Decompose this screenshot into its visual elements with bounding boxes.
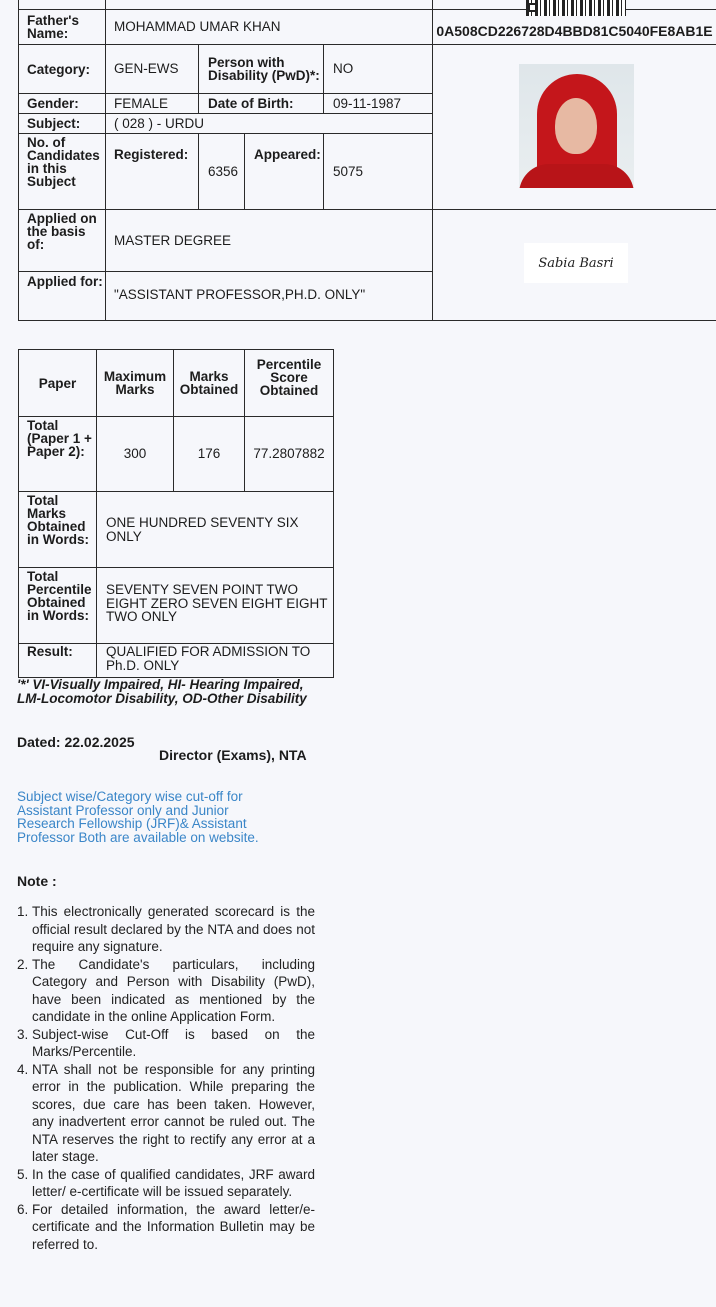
basis-value: MASTER DEGREE (114, 210, 432, 271)
gender-value: FEMALE (114, 94, 198, 113)
note-item: The Candidate's particulars, including C… (32, 956, 315, 1026)
candidate-details-table: Father's Name: MOHAMMAD UMAR KHAN Catego… (0, 0, 716, 330)
category-label: Category: (27, 45, 105, 93)
applied-for-label: Applied for: (27, 275, 105, 305)
candidate-photo-icon (519, 64, 634, 188)
basis-label: Applied on the basis of: (27, 212, 105, 252)
result-value: QUALIFIED FOR ADMISSION TO Ph.D. ONLY (106, 645, 328, 675)
director-signature: Director (Exams), NTA (159, 747, 307, 763)
applied-for-value: "ASSISTANT PROFESSOR,PH.D. ONLY" (114, 272, 432, 318)
pwd-value: NO (333, 45, 432, 93)
dated: Dated: 22.02.2025 (17, 734, 135, 750)
subject-label: Subject: (27, 114, 105, 133)
marks-words-label: Total Marks Obtained in Words: (27, 494, 97, 564)
pwd-label: Person with Disability (PwD)*: (208, 45, 320, 93)
hash-code: 0A508CD226728D4BBD81C5040FE8AB1E (433, 17, 716, 44)
percentile-words-value: SEVENTY SEVEN POINT TWO EIGHT ZERO SEVEN… (106, 583, 328, 628)
header-paper: Paper (19, 350, 96, 416)
dob-label: Date of Birth: (208, 94, 320, 113)
note-item: This electronically generated scorecard … (32, 903, 315, 956)
fathers-name-value: MOHAMMAD UMAR KHAN (114, 10, 432, 44)
category-value: GEN-EWS (114, 45, 198, 93)
fathers-name-label: Father's Name: (27, 10, 105, 44)
total-label: Total (Paper 1 + Paper 2): (27, 419, 97, 489)
registered-value: 6356 (208, 134, 244, 209)
header-percentile: Percentile Score Obtained (245, 350, 333, 404)
signature-image: Sabia Basri (524, 243, 628, 283)
registered-label: Registered: (114, 148, 198, 178)
appeared-label: Appeared: (254, 148, 323, 178)
cutoff-info-link[interactable]: Subject wise/Category wise cut-off for A… (17, 790, 277, 844)
note-item: For detailed information, the award lett… (32, 1201, 315, 1254)
percentile-words-label: Total Percentile Obtained in Words: (27, 570, 97, 640)
candidates-count-label: No. of Candidates in this Subject (27, 136, 105, 196)
note-item: NTA shall not be responsible for any pri… (32, 1061, 315, 1166)
marks-words-value: ONE HUNDRED SEVENTY SIX ONLY (106, 492, 333, 567)
max-marks-value: 300 (97, 417, 173, 491)
dob-value: 09-11-1987 (333, 94, 432, 113)
marks-obtained-value: 176 (174, 417, 244, 491)
appeared-value: 5075 (333, 134, 432, 209)
notes-list: This electronically generated scorecard … (16, 903, 315, 1253)
qr-code-icon (526, 0, 626, 16)
note-item: In the case of qualified candidates, JRF… (32, 1166, 315, 1201)
header-marks-obtained: Marks Obtained (174, 350, 244, 416)
percentile-value: 77.2807882 (245, 417, 333, 491)
disability-footnote: '*' VI-Visually Impaired, HI- Hearing Im… (17, 678, 317, 706)
header-max-marks: Maximum Marks (97, 350, 173, 416)
subject-value: ( 028 ) - URDU (114, 114, 432, 133)
result-label: Result: (27, 645, 97, 661)
note-title: Note : (17, 873, 57, 889)
gender-label: Gender: (27, 94, 105, 113)
note-item: Subject-wise Cut-Off is based on the Mar… (32, 1026, 315, 1061)
